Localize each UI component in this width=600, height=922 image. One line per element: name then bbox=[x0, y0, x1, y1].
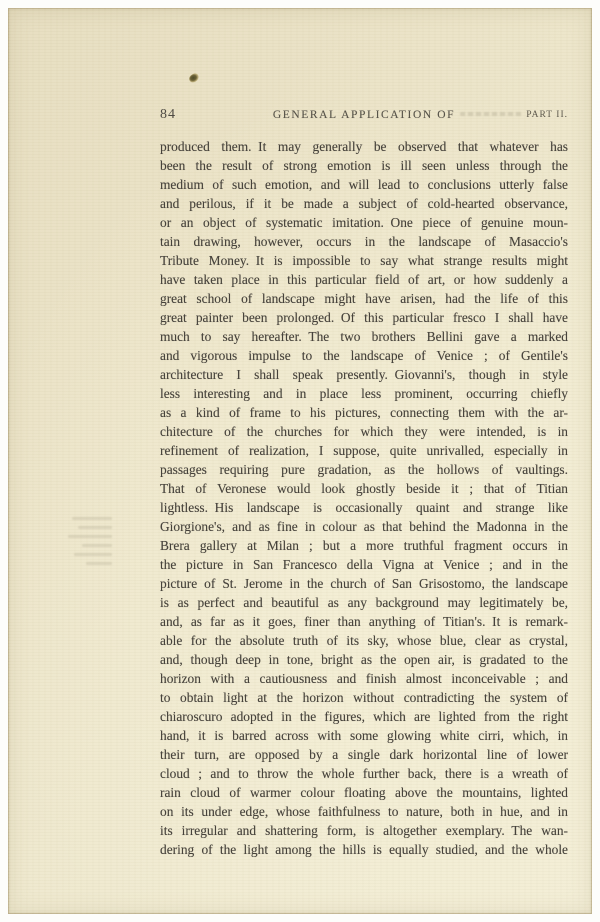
body-text-line: and perilous, if it be made a subject of… bbox=[160, 194, 568, 213]
body-text-line: less interesting and in place less promi… bbox=[160, 384, 568, 403]
body-text-line: lightless. His landscape is occasionally… bbox=[160, 498, 568, 517]
body-text-line: to obtain light at the horizon without c… bbox=[160, 688, 568, 707]
body-text-line: refinement of realization, I suppose, qu… bbox=[160, 441, 568, 460]
bleedthrough-line bbox=[78, 526, 112, 529]
body-text-line: been the result of strong emotion is ill… bbox=[160, 156, 568, 175]
bleedthrough-line bbox=[72, 517, 112, 520]
body-text-line: dering of the light among the hills is e… bbox=[160, 840, 568, 859]
body-text-line: and vigorous impulse to the landscape of… bbox=[160, 346, 568, 365]
ink-fleck bbox=[188, 72, 201, 84]
body-text-line: great school of landscape might have ari… bbox=[160, 289, 568, 308]
bleedthrough-line bbox=[86, 562, 112, 565]
body-text-line: as a kind of frame to his pictures, conn… bbox=[160, 403, 568, 422]
body-text-line: Giorgione's, and as fine in colour as th… bbox=[160, 517, 568, 536]
body-text-line: picture of St. Jerome in the church of S… bbox=[160, 574, 568, 593]
body-text-line: horizon with a cautiousness and finish a… bbox=[160, 669, 568, 688]
body-text-line: on its under edge, whose faithfulness to… bbox=[160, 802, 568, 821]
body-text-line: rain cloud of warmer colour floating abo… bbox=[160, 783, 568, 802]
body-text-line: That of Veronese would look ghostly besi… bbox=[160, 479, 568, 498]
body-text-line: Tribute Money. It is impossible to say w… bbox=[160, 251, 568, 270]
body-text-line: produced them. It may generally be obser… bbox=[160, 137, 568, 156]
body-text-line: tain drawing, however, occurs in the lan… bbox=[160, 232, 568, 251]
body-text-line: much to say hereafter. The two brothers … bbox=[160, 327, 568, 346]
body-text-line: chitecture of the churches for which the… bbox=[160, 422, 568, 441]
body-text-line: have taken place in this particular fiel… bbox=[160, 270, 568, 289]
body-text-line: and, though deep in tone, bright as the … bbox=[160, 650, 568, 669]
body-text-line: their turn, are opposed by a single dark… bbox=[160, 745, 568, 764]
body-text-line: hand, it is barred across with some glow… bbox=[160, 726, 568, 745]
page-header: 84 GENERAL APPLICATION OF PART II. bbox=[160, 107, 568, 123]
scanned-book-page: 84 GENERAL APPLICATION OF PART II. produ… bbox=[0, 0, 600, 922]
body-text-line: passages requiring pure gradation, as th… bbox=[160, 460, 568, 479]
body-text-line: medium of such emotion, and will lead to… bbox=[160, 175, 568, 194]
body-text-line: architecture I shall speak presently. Gi… bbox=[160, 365, 568, 384]
body-text-line: is as perfect and beautiful as any backg… bbox=[160, 593, 568, 612]
body-text-line: and, as far as it goes, finer than anyth… bbox=[160, 612, 568, 631]
part-label: PART II. bbox=[526, 110, 568, 120]
bleedthrough-left-margin bbox=[64, 511, 112, 565]
running-header-title: GENERAL APPLICATION OF bbox=[160, 109, 568, 121]
body-text-line: or an object of systematic imitation. On… bbox=[160, 213, 568, 232]
body-text-line: Brera gallery at Milan ; but a more trut… bbox=[160, 536, 568, 555]
body-text-line: great painter been prolonged. Of this pa… bbox=[160, 308, 568, 327]
book-page-paper: 84 GENERAL APPLICATION OF PART II. produ… bbox=[8, 8, 592, 914]
body-text-line: its irregular and shattering form, is al… bbox=[160, 821, 568, 840]
bleedthrough-line bbox=[68, 535, 112, 538]
bleedthrough-line bbox=[82, 544, 112, 547]
body-text-block: produced them. It may generally be obser… bbox=[160, 137, 568, 859]
body-text-line: the picture in San Francesco della Vigna… bbox=[160, 555, 568, 574]
body-text-line: able for the absolute truth of its sky, … bbox=[160, 631, 568, 650]
body-text-line: chiaroscuro adopted in the figures, whic… bbox=[160, 707, 568, 726]
bleedthrough-line bbox=[74, 553, 112, 556]
body-text-line: cloud ; and to throw the whole further b… bbox=[160, 764, 568, 783]
